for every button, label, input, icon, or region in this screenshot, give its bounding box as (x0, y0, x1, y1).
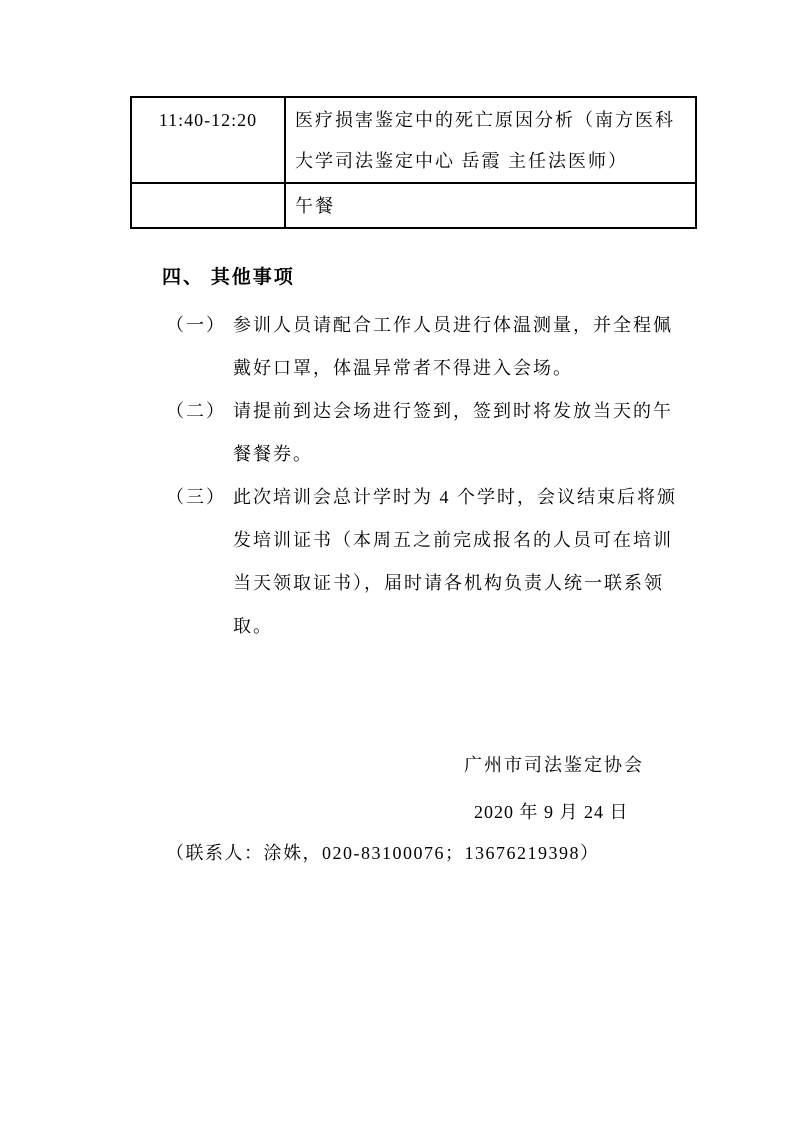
schedule-table: 11:40-12:20 医疗损害鉴定中的死亡原因分析（南方医科 大学司法鉴定中心… (130, 96, 697, 229)
list-item-text: 请提前到达会场进行签到，签到时将发放当天的午 餐餐券。 (233, 390, 681, 476)
list-item-line: 餐餐券。 (233, 433, 681, 476)
list-item-line: 当天领取证书），届时请各机构负责人统一联系领 (233, 562, 681, 605)
schedule-topic-line: 医疗损害鉴定中的死亡原因分析（南方医科 (295, 100, 691, 141)
list-item-line: 取。 (233, 605, 681, 648)
list-item-text: 参训人员请配合工作人员进行体温测量，并全程佩 戴好口罩，体温异常者不得进入会场。 (233, 304, 681, 390)
other-items-list: （一） 参训人员请配合工作人员进行体温测量，并全程佩 戴好口罩，体温异常者不得进… (166, 304, 681, 648)
list-item-number: （三） (166, 476, 233, 519)
schedule-time: 11:40-12:20 (132, 100, 284, 141)
list-item-number: （二） (166, 390, 233, 433)
section-heading: 四、 其他事项 (162, 263, 295, 293)
list-item-line: 请提前到达会场进行签到，签到时将发放当天的午 (233, 390, 681, 433)
list-item-number: （一） (166, 304, 233, 347)
list-item: （三） 此次培训会总计学时为 4 个学时，会议结束后将颁 发培训证书（本周五之前… (166, 476, 681, 648)
schedule-topic-cell: 医疗损害鉴定中的死亡原因分析（南方医科 大学司法鉴定中心 岳霞 主任法医师） (285, 97, 696, 183)
list-item-text: 此次培训会总计学时为 4 个学时，会议结束后将颁 发培训证书（本周五之前完成报名… (233, 476, 681, 648)
schedule-topic-line: 大学司法鉴定中心 岳霞 主任法医师） (295, 141, 691, 182)
list-item-line: 此次培训会总计学时为 4 个学时，会议结束后将颁 (233, 476, 681, 519)
schedule-row: 午餐 (131, 183, 696, 228)
list-item-line: 参训人员请配合工作人员进行体温测量，并全程佩 (233, 304, 681, 347)
schedule-topic-line: 午餐 (295, 186, 691, 227)
list-item-line: 发培训证书（本周五之前完成报名的人员可在培训 (233, 519, 681, 562)
schedule-time-cell: 11:40-12:20 (131, 97, 285, 183)
list-item: （一） 参训人员请配合工作人员进行体温测量，并全程佩 戴好口罩，体温异常者不得进… (166, 304, 681, 390)
document-page: 11:40-12:20 医疗损害鉴定中的死亡原因分析（南方医科 大学司法鉴定中心… (0, 0, 794, 1123)
schedule-time-cell (131, 183, 285, 228)
signature-org: 广州市司法鉴定协会 (464, 753, 644, 777)
list-item-line: 戴好口罩，体温异常者不得进入会场。 (233, 347, 681, 390)
contact-line: （联系人：涂姝，020-83100076；13676219398） (166, 841, 600, 865)
schedule-topic-cell: 午餐 (285, 183, 696, 228)
signature-date: 2020 年 9 月 24 日 (474, 800, 629, 824)
schedule-row: 11:40-12:20 医疗损害鉴定中的死亡原因分析（南方医科 大学司法鉴定中心… (131, 97, 696, 183)
list-item: （二） 请提前到达会场进行签到，签到时将发放当天的午 餐餐券。 (166, 390, 681, 476)
